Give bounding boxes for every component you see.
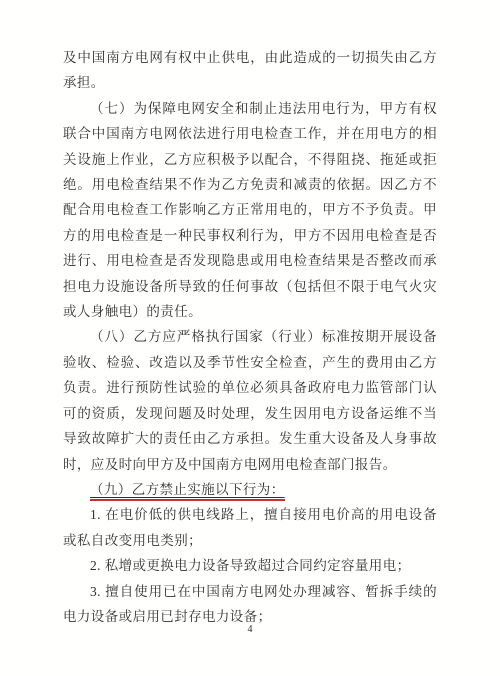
contract-text-block: 及中国南方电网有权中止供电，由此造成的一切损失由乙方承担。 （七）为保障电网安全… [63,45,437,629]
prohibited-item-3-paragraph: 3. 擅自使用已在中国南方电网处办理减容、暂拆手续的电力设备或启用已封存电力设备… [63,579,437,630]
page-number: 4 [0,623,500,637]
prohibited-item-1-paragraph: 1. 在电价低的供电线路上，擅自接用电价高的用电设备或私自改变用电类别； [63,502,437,553]
clause-7-paragraph: （七）为保障电网安全和制止违法用电行为，甲方有权联合中国南方电网依法进行用电检查… [63,96,437,325]
document-page: 及中国南方电网有权中止供电，由此造成的一切损失由乙方承担。 （七）为保障电网安全… [0,0,500,676]
clause-continuation-paragraph: 及中国南方电网有权中止供电，由此造成的一切损失由乙方承担。 [63,45,437,96]
clause-9-heading-underlined-text: （九）乙方禁止实施以下行为： [90,482,285,501]
clause-8-paragraph: （八）乙方应严格执行国家（行业）标准按期开展设备验收、检验、改造以及季节性安全检… [63,324,437,476]
prohibited-item-2-paragraph: 2. 私增或更换电力设备导致超过合同约定容量用电； [63,553,437,578]
clause-9-heading-paragraph: （九）乙方禁止实施以下行为： [63,477,437,502]
